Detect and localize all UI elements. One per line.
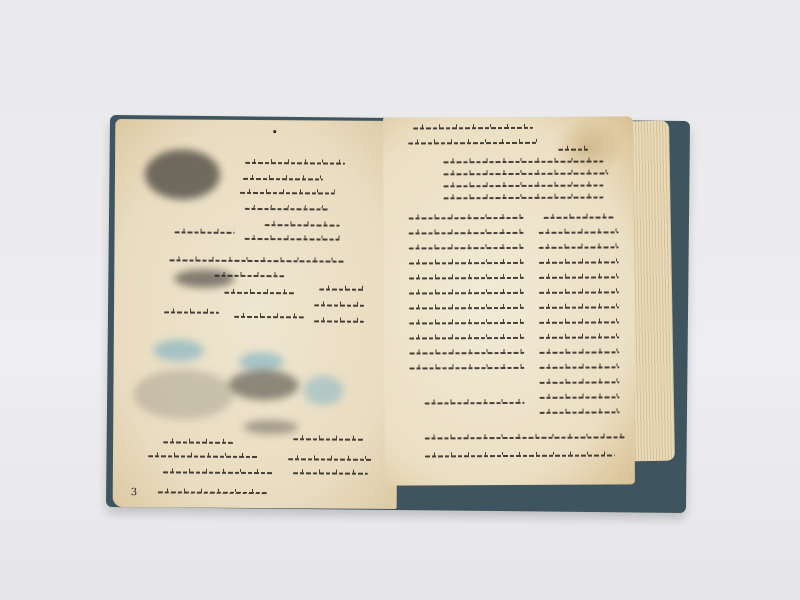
handwriting-line [234,316,304,318]
handwriting-line [409,367,524,370]
handwriting-line [539,321,619,323]
handwriting-line [409,322,524,325]
handwriting-line [425,402,525,405]
handwriting-line [319,288,364,290]
page-number: 3 [131,487,137,498]
handwriting-line [539,246,619,248]
handwriting-line [169,259,344,262]
photo-scene: 3 [0,0,800,600]
handwriting-line [425,454,615,457]
handwriting-line [409,352,524,355]
handwriting-line [245,162,345,165]
handwriting-line [425,436,625,439]
handwriting-line [539,261,619,263]
handwriting-line [409,277,524,280]
handwriting-line [224,292,294,294]
handwriting-line [539,351,619,353]
handwriting-line [540,411,620,413]
handwriting-line [265,224,340,227]
handwriting-line [539,381,619,383]
handwriting-line [243,178,323,181]
handwriting-line [409,217,524,220]
right-page [383,116,635,485]
handwriting-line [293,472,368,475]
handwriting-line [314,304,364,306]
handwriting-line [540,396,620,398]
handwriting-line [163,441,233,443]
handwriting-line [409,262,524,265]
blue-wash [154,339,204,361]
handwriting-line [409,292,524,295]
handwriting-line [413,127,533,130]
handwriting-line [409,337,524,340]
handwriting-line [158,491,268,494]
handwriting-line [539,276,619,278]
handwriting-line [539,336,619,338]
handwriting-line [539,231,619,233]
ink-smudge [228,370,298,400]
handwriting-line [443,185,603,188]
handwriting-line [240,192,335,195]
handwriting-line [443,197,603,200]
handwriting-line [175,231,235,233]
handwriting-line [539,306,619,308]
handwriting-line [408,142,538,145]
handwriting-line [544,216,614,218]
handwriting-line [409,307,524,310]
handwriting-line [245,208,330,211]
handwriting-line [314,320,364,322]
handwriting-line [409,247,524,250]
handwriting-line [164,311,219,313]
handwriting-line [245,238,340,241]
handwriting-line [288,458,373,461]
handwriting-line [539,366,619,368]
blue-wash [303,375,343,405]
ink-smudge [145,149,220,200]
ink-dot [273,130,276,133]
gray-wash [133,369,233,420]
handwriting-line [148,455,258,458]
handwriting-line [539,291,619,293]
handwriting-line [293,438,363,440]
ink-smudge [243,420,298,434]
handwriting-line [558,149,588,151]
handwriting-line [409,232,524,235]
left-page: 3 [113,119,400,509]
handwriting-line [163,471,273,474]
